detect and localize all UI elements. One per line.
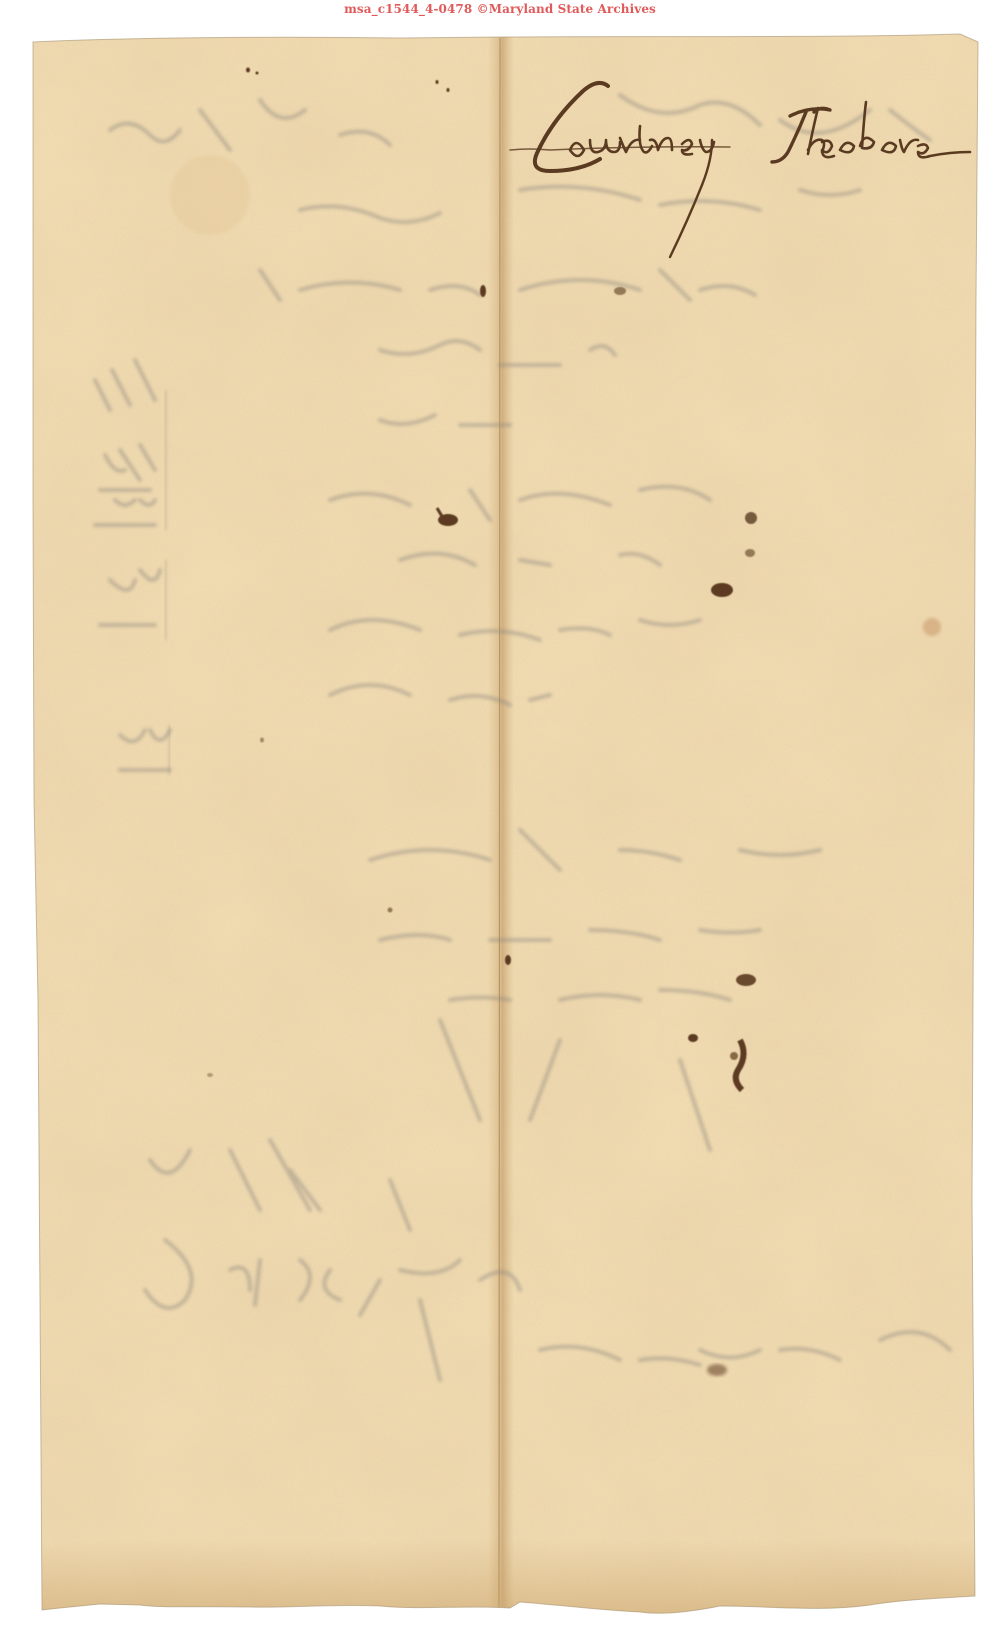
document-scan: Courtney Theodore — [0, 0, 1000, 1640]
paper — [0, 0, 1000, 1640]
